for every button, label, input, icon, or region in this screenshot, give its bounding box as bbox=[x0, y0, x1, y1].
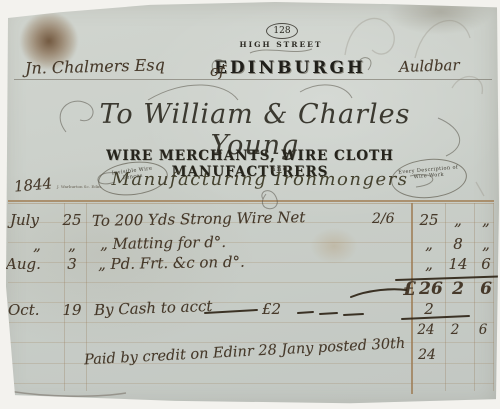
row1-shillings: „ bbox=[446, 211, 470, 229]
total-currency-symbol: £ bbox=[403, 278, 416, 300]
row1-rate: 2/6 bbox=[372, 211, 395, 227]
addressee-place: Auldbar bbox=[399, 56, 460, 76]
row3-desc: „ Pd. Frt. &c on d°. bbox=[98, 253, 245, 274]
addressee-name: Jn. Chalmers Esq bbox=[25, 55, 165, 78]
city-name: EDINBURGH bbox=[203, 58, 377, 78]
street-number-oval: 128 bbox=[266, 23, 298, 39]
row3-shillings: 14 bbox=[446, 255, 470, 273]
year: 1844 bbox=[13, 174, 53, 195]
row3-pence: 6 bbox=[474, 255, 498, 273]
vrule-day-col bbox=[64, 203, 65, 391]
row2-day: „ bbox=[58, 236, 86, 254]
street-name: HIGH STREET bbox=[231, 40, 331, 49]
street-number: 128 bbox=[273, 26, 290, 36]
hrule bbox=[8, 200, 494, 202]
total-pence: 6 bbox=[476, 279, 496, 299]
balance-shillings: 2 bbox=[446, 322, 464, 338]
total-pounds: 26 bbox=[416, 279, 446, 299]
payment-amount: £2 bbox=[262, 300, 281, 318]
balance-pounds: 24 bbox=[412, 322, 440, 338]
balance-pence: 6 bbox=[474, 322, 492, 338]
payment-month: Oct. bbox=[8, 301, 40, 319]
settlement-pounds: 24 bbox=[414, 347, 440, 363]
total-shillings: 2 bbox=[448, 279, 468, 299]
of-word: of bbox=[210, 62, 225, 80]
hrule bbox=[8, 383, 494, 384]
row1-pence: „ bbox=[474, 211, 498, 229]
row3-day: 3 bbox=[58, 255, 86, 273]
row2-month: „ bbox=[22, 236, 52, 254]
row3-pounds: „ bbox=[414, 255, 444, 273]
hrule bbox=[8, 363, 494, 364]
row1-day: 25 bbox=[58, 211, 86, 229]
payment-pounds: 2 bbox=[418, 300, 440, 318]
vrule-pence-col bbox=[474, 203, 475, 391]
row1-pounds: 25 bbox=[414, 211, 444, 229]
invoice-scan: 128 HIGH STREET EDINBURGH Jn. Chalmers E… bbox=[0, 0, 500, 409]
row1-desc: To 200 Yds Strong Wire Net bbox=[92, 208, 306, 230]
row3-month: Aug. bbox=[6, 255, 41, 273]
row2-pence: „ bbox=[474, 235, 498, 253]
payment-desc: By Cash to acct bbox=[94, 297, 213, 319]
row2-desc: „ Matting for d°. bbox=[100, 233, 226, 253]
addressee-rule-line bbox=[14, 79, 492, 80]
paper-sheet: 128 HIGH STREET EDINBURGH Jn. Chalmers E… bbox=[0, 0, 500, 409]
payment-day: 19 bbox=[58, 301, 86, 319]
engraver-imprint: J. Warburton Sc. Edin. bbox=[57, 184, 102, 189]
torn-edge-shadow bbox=[9, 391, 126, 396]
row2-shillings: 8 bbox=[446, 235, 470, 253]
row2-pounds: „ bbox=[414, 235, 444, 253]
hrule bbox=[8, 203, 494, 204]
row1-month: July bbox=[10, 211, 39, 229]
